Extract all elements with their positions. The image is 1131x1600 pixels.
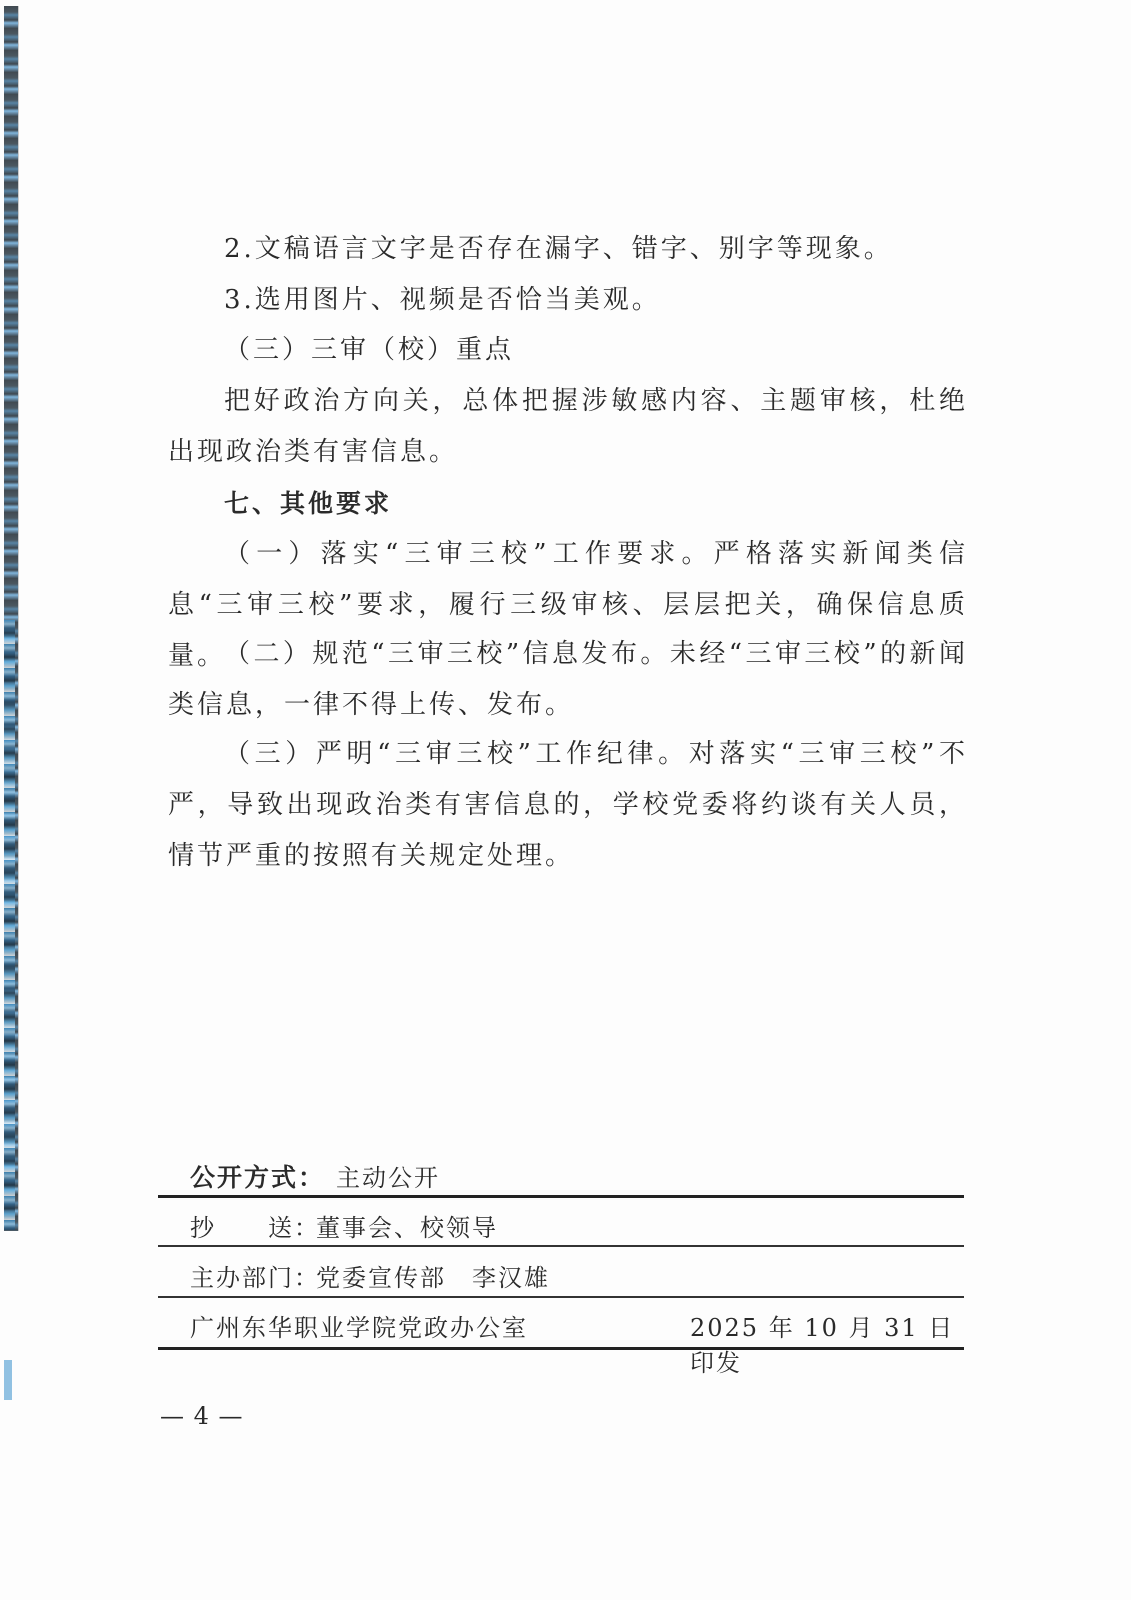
issuer-row: 广州东华职业学院党政办公室 2025 年 10 月 31 日印发 (158, 1298, 964, 1348)
issuer: 广州东华职业学院党政办公室 (190, 1308, 528, 1343)
divider (158, 1245, 964, 1247)
host-row: 主办部门： 党委宣传部 李汉雄 (158, 1248, 964, 1298)
requirement-paragraph: （三）严明“三审三校”工作纪律。对落实“三审三校”不严，导致出现政治类有害信息的… (168, 729, 968, 882)
section-heading: 七、其他要求 (168, 478, 968, 529)
divider (158, 1347, 964, 1350)
requirement-paragraph: （二）规范“三审三校”信息发布。未经“三审三校”的新闻类信息，一律不得上传、发布… (168, 629, 968, 731)
cc-row: 抄 送： 董事会、校领导 (158, 1198, 964, 1248)
host-label: 主办部门： (190, 1258, 320, 1293)
body-paragraph: 3.选用图片、视频是否恰当美观。 (168, 275, 968, 326)
disclosure-row: 公开方式： 主动公开 (158, 1148, 964, 1198)
cc-value: 董事会、校领导 (316, 1208, 498, 1243)
issue-date: 2025 年 10 月 31 日印发 (690, 1308, 964, 1378)
body-paragraph: 把好政治方向关，总体把握涉敏感内容、主题审核，杜绝出现政治类有害信息。 (168, 376, 968, 478)
disclosure-value: 主动公开 (336, 1158, 440, 1193)
body-paragraph: 2.文稿语言文字是否存在漏字、错字、别字等现象。 (168, 224, 968, 275)
disclosure-label: 公开方式： (190, 1158, 325, 1194)
host-value: 党委宣传部 李汉雄 (316, 1258, 550, 1293)
scan-edge-line (18, 6, 19, 1231)
page-number: — 4 — (160, 1402, 244, 1430)
subsection-heading: （三）三审（校）重点 (168, 325, 968, 376)
cc-label: 抄 送： (190, 1208, 320, 1243)
scan-edge-artifact (4, 1360, 12, 1400)
document-footer: 公开方式： 主动公开 抄 送： 董事会、校领导 主办部门： 党委宣传部 李汉雄 … (158, 1148, 964, 1348)
scan-edge-artifact (4, 620, 15, 1230)
